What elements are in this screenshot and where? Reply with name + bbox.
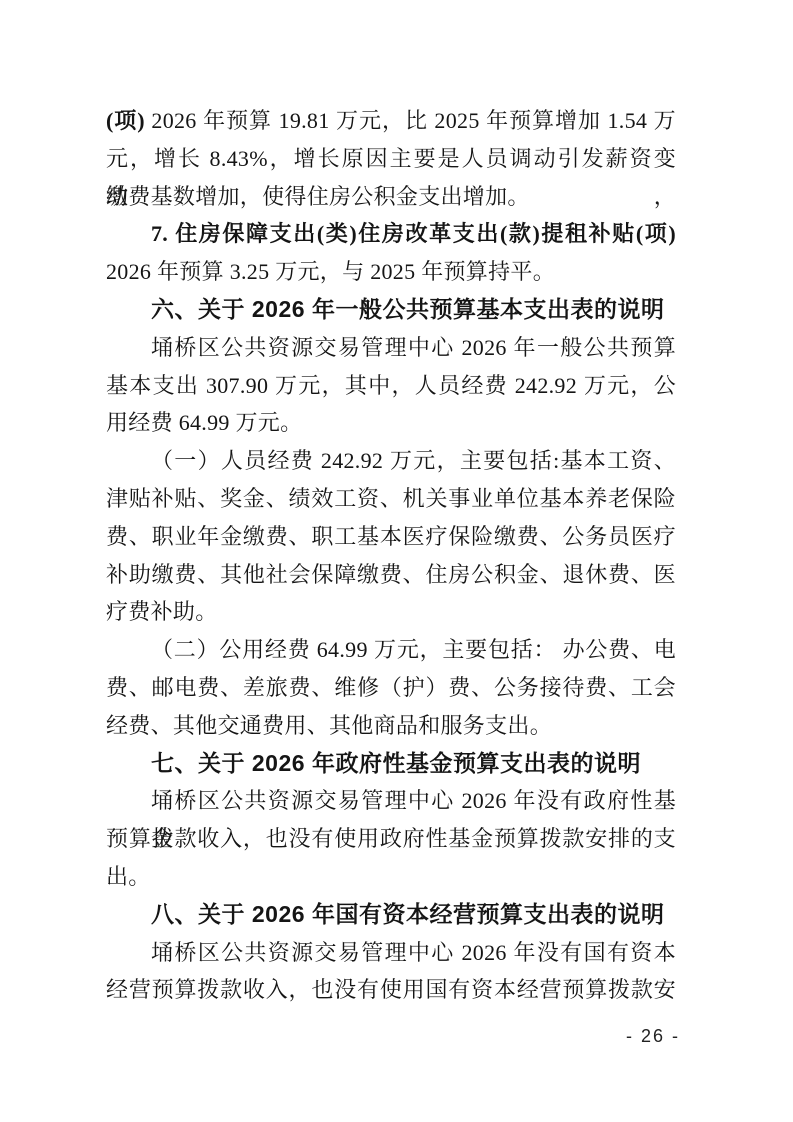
text-segment: 基本支出 307.90 万元，其中，人员经费 242.92 万元，公 bbox=[106, 373, 676, 398]
text-line: 埇桥区公共资源交易管理中心 2026 年没有政府性基金 bbox=[106, 782, 676, 820]
text-line: 基本支出 307.90 万元，其中，人员经费 242.92 万元，公 bbox=[106, 367, 676, 405]
text-segment: 经营预算拨款收入，也没有使用国有资本经营预算拨款安 bbox=[106, 977, 676, 1002]
text-line: 疗费补助。 bbox=[106, 593, 676, 631]
text-line: 埇桥区公共资源交易管理中心 2026 年一般公共预算 bbox=[106, 329, 676, 367]
text-line: 经营预算拨款收入，也没有使用国有资本经营预算拨款安 bbox=[106, 971, 676, 1009]
document-body: (项) 2026 年预算 19.81 万元，比 2025 年预算增加 1.54 … bbox=[106, 102, 676, 1009]
section-heading: 八、关于 2026 年国有资本经营预算支出表的说明 bbox=[106, 896, 676, 934]
text-segment: 埇桥区公共资源交易管理中心 2026 年没有国有资本 bbox=[151, 940, 676, 965]
text-segment: 2026 年预算 3.25 万元，与 2025 年预算持平。 bbox=[106, 259, 555, 284]
text-line: 埇桥区公共资源交易管理中心 2026 年没有国有资本 bbox=[106, 934, 676, 972]
text-segment: 津贴补贴、奖金、绩效工资、机关事业单位基本养老保险 bbox=[106, 486, 676, 511]
text-line: （二）公用经费 64.99 万元，主要包括： 办公费、电 bbox=[106, 631, 676, 669]
text-line: 经费、其他交通费用、其他商品和服务支出。 bbox=[106, 707, 676, 745]
text-segment: 埇桥区公共资源交易管理中心 2026 年一般公共预算 bbox=[151, 335, 676, 360]
text-segment: 费、职业年金缴费、职工基本医疗保险缴费、公务员医疗 bbox=[106, 524, 676, 549]
section-heading: 七、关于 2026 年政府性基金预算支出表的说明 bbox=[106, 745, 676, 783]
text-line: 2026 年预算 3.25 万元，与 2025 年预算持平。 bbox=[106, 253, 676, 291]
text-line: 出。 bbox=[106, 858, 676, 896]
text-segment: 缴费基数增加，使得住房公积金支出增加。 bbox=[106, 184, 530, 209]
text-line: （一）人员经费 242.92 万元，主要包括:基本工资、 bbox=[106, 442, 676, 480]
text-line: 补助缴费、其他社会保障缴费、住房公积金、退休费、医 bbox=[106, 556, 676, 594]
text-line: 预算拨款收入，也没有使用政府性基金预算拨款安排的支 bbox=[106, 820, 676, 858]
text-line: 7. 住房保障支出(类)住房改革支出(款)提租补贴(项) bbox=[106, 215, 676, 253]
text-segment: 六、关于 2026 年一般公共预算基本支出表的说明 bbox=[151, 296, 664, 322]
text-segment: 疗费补助。 bbox=[106, 599, 218, 624]
text-segment: 补助缴费、其他社会保障缴费、住房公积金、退休费、医 bbox=[106, 562, 676, 587]
text-segment: 费、邮电费、差旅费、维修（护）费、公务接待费、工会 bbox=[106, 675, 676, 700]
text-segment: (项) bbox=[106, 108, 145, 133]
text-segment: （二）公用经费 64.99 万元，主要包括： 办公费、电 bbox=[151, 637, 676, 662]
text-segment: 经费、其他交通费用、其他商品和服务支出。 bbox=[106, 713, 552, 738]
text-segment: 出。 bbox=[106, 864, 151, 889]
text-segment: 2026 年预算 19.81 万元，比 2025 年预算增加 1.54 万 bbox=[145, 108, 676, 133]
section-heading: 六、关于 2026 年一般公共预算基本支出表的说明 bbox=[106, 291, 676, 329]
text-segment: 七、关于 2026 年政府性基金预算支出表的说明 bbox=[151, 750, 641, 776]
page-number: - 26 - bbox=[618, 1025, 688, 1047]
text-line: 费、邮电费、差旅费、维修（护）费、公务接待费、工会 bbox=[106, 669, 676, 707]
text-line: 费、职业年金缴费、职工基本医疗保险缴费、公务员医疗 bbox=[106, 518, 676, 556]
text-segment: 用经费 64.99 万元。 bbox=[106, 410, 302, 435]
text-line: 元，增长 8.43%，增长原因主要是人员调动引发薪资变动， bbox=[106, 140, 676, 178]
text-segment: 八、关于 2026 年国有资本经营预算支出表的说明 bbox=[151, 901, 664, 927]
text-segment: 预算拨款收入，也没有使用政府性基金预算拨款安排的支 bbox=[106, 826, 676, 851]
text-line: (项) 2026 年预算 19.81 万元，比 2025 年预算增加 1.54 … bbox=[106, 102, 676, 140]
text-line: 用经费 64.99 万元。 bbox=[106, 404, 676, 442]
text-segment: （一）人员经费 242.92 万元，主要包括:基本工资、 bbox=[151, 448, 676, 473]
document-page: (项) 2026 年预算 19.81 万元，比 2025 年预算增加 1.54 … bbox=[0, 0, 793, 1122]
text-line: 津贴补贴、奖金、绩效工资、机关事业单位基本养老保险 bbox=[106, 480, 676, 518]
text-segment: 7. 住房保障支出(类)住房改革支出(款)提租补贴(项) bbox=[151, 221, 676, 246]
